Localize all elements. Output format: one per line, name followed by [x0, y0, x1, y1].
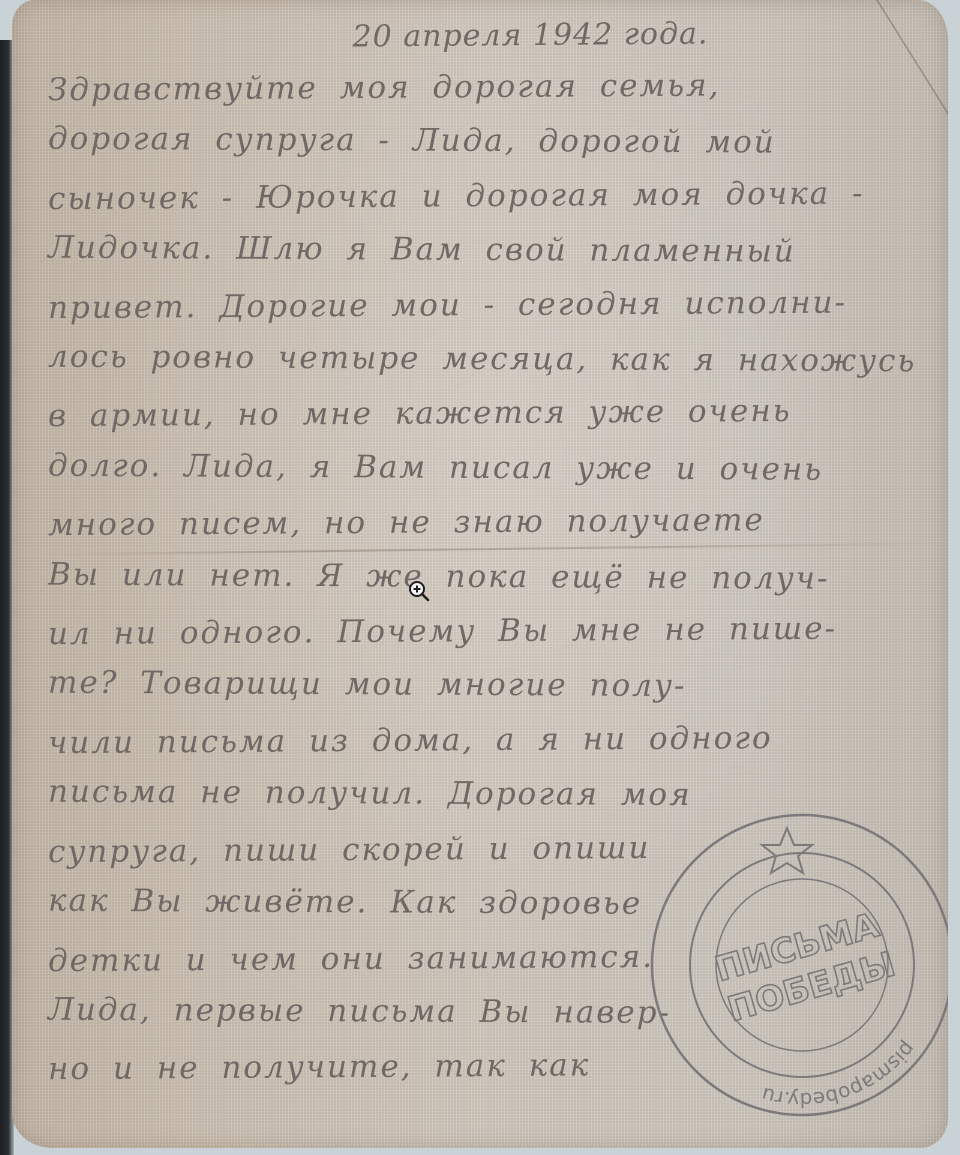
letter-line: сыночек - Юрочка и дорогая моя дочка -	[48, 166, 948, 227]
letter-line: лось ровно четыре месяца, как я нахожусь	[48, 330, 948, 389]
letter-line: привет. Дорогие мои - сегодня исполни-	[48, 274, 948, 335]
letter-line: много писем, но не знаю получаете	[48, 492, 948, 553]
letter-line: ил ни одного. Почему Вы мне не пише-	[48, 601, 948, 662]
archive-stamp: ПИСЬМА ПОБЕДЫ pismapobedy.ru	[637, 800, 948, 1130]
letter-line: долго. Лида, я Вам писал уже и очень	[48, 438, 948, 497]
letter-date: 20 апреля 1942 года.	[108, 10, 948, 61]
letter-paper: 20 апреля 1942 года. Здравствуйте моя до…	[12, 0, 948, 1148]
stamp-graphic: ПИСЬМА ПОБЕДЫ pismapobedy.ru	[637, 800, 948, 1130]
letter-line: Вы или нет. Я же пока ещё не получ-	[48, 547, 948, 606]
letter-line: дорогая супруга - Лида, дорогой мой	[48, 112, 948, 171]
letter-line: Лидочка. Шлю я Вам свой пламенный	[48, 221, 948, 280]
zoom-in-cursor-icon	[408, 580, 430, 602]
letter-line: Здравствуйте моя дорогая семья,	[48, 57, 948, 118]
letter-line: чили письма из дома, а я ни одного	[48, 710, 948, 771]
letter-line: те? Товарищи мои многие полу-	[48, 656, 948, 715]
star-icon	[762, 828, 812, 873]
letter-line: в армии, но мне кажется уже очень	[48, 383, 948, 444]
